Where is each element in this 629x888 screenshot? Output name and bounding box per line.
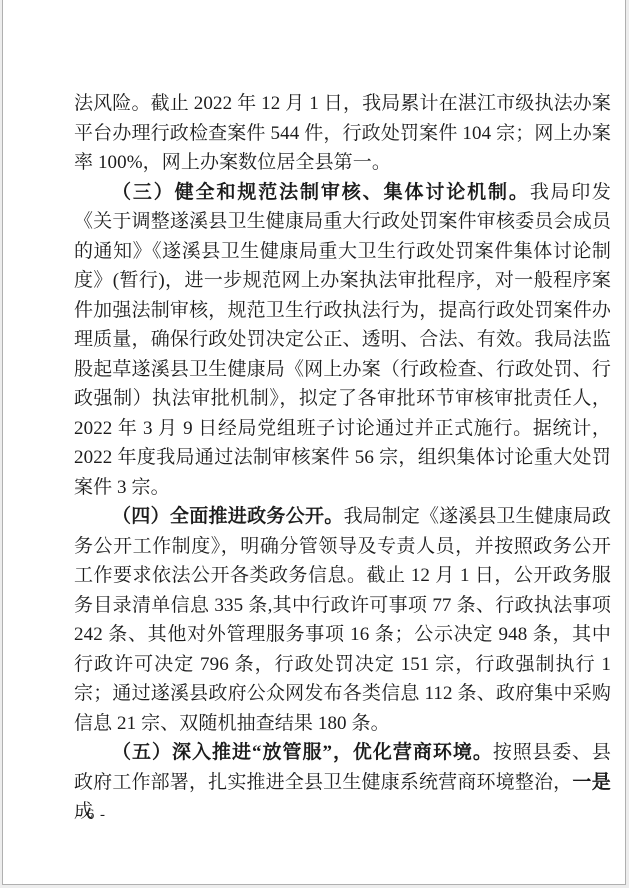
- page-body-text: 法风险。截止 2022 年 12 月 1 日，我局累计在湛江市级执法办案平台办理…: [74, 89, 611, 827]
- body-text-run: 我局印发《关于调整遂溪县卫生健康局重大行政处罚案件审核委员会成员的通知》《遂溪县…: [74, 182, 611, 498]
- paragraph-section-5: （五）深入推进“放管服”，优化营商环境。按照县委、县政府工作部署，扎实推进全县卫…: [74, 738, 611, 827]
- section-5-heading: （五）深入推进“放管服”，优化营商环境。: [112, 742, 493, 763]
- document-page: 法风险。截止 2022 年 12 月 1 日，我局累计在湛江市级执法办案平台办理…: [2, 0, 626, 885]
- paragraph-continuation: 法风险。截止 2022 年 12 月 1 日，我局累计在湛江市级执法办案平台办理…: [74, 89, 611, 178]
- body-text-run: 我局制定《遂溪县卫生健康局政务公开工作制度》，明确分管领导及专责人员，并按照政务…: [74, 506, 611, 734]
- paragraph-section-3: （三）健全和规范法制审核、集体讨论机制。我局印发《关于调整遂溪县卫生健康局重大行…: [74, 178, 611, 503]
- section-3-heading: （三）健全和规范法制审核、集体讨论机制。: [112, 182, 530, 203]
- body-text-run: 法风险。截止 2022 年 12 月 1 日，我局累计在湛江市级执法办案平台办理…: [74, 93, 611, 173]
- document-viewer: 法风险。截止 2022 年 12 月 1 日，我局累计在湛江市级执法办案平台办理…: [0, 0, 629, 888]
- emphasis-run: 一是: [572, 772, 611, 793]
- page-number: - 6 -: [76, 807, 106, 824]
- section-4-heading: （四）全面推进政务公开。: [112, 506, 344, 527]
- paragraph-section-4: （四）全面推进政务公开。我局制定《遂溪县卫生健康局政务公开工作制度》，明确分管领…: [74, 502, 611, 738]
